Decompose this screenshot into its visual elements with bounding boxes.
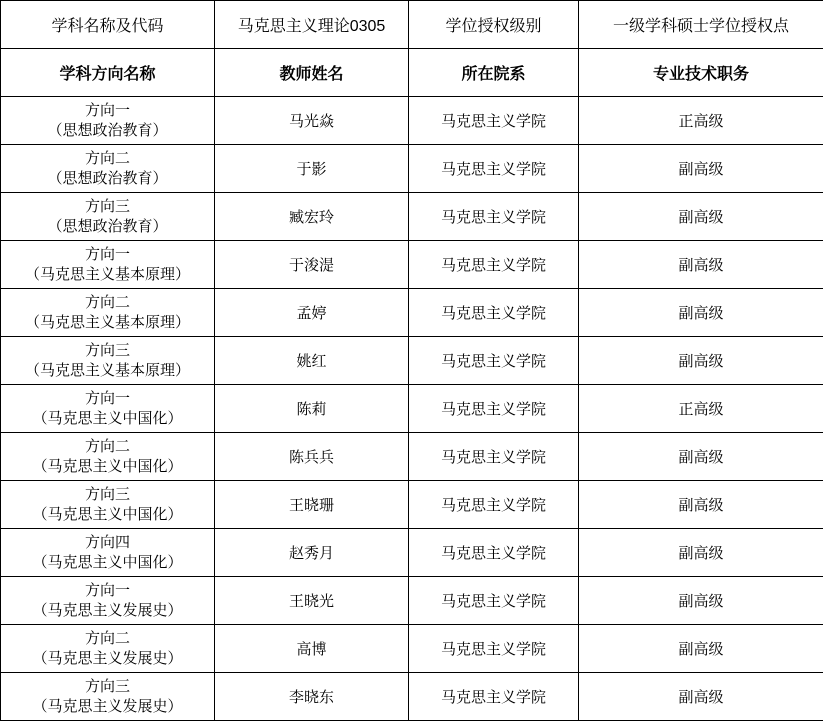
teacher-name-cell: 于浚湜 — [215, 241, 409, 289]
column-header-title: 专业技术职务 — [579, 49, 823, 97]
direction-cell: 方向三 （马克思主义发展史） — [1, 673, 215, 721]
direction-cell: 方向三 （马克思主义中国化） — [1, 481, 215, 529]
department-cell: 马克思主义学院 — [409, 193, 579, 241]
department-cell: 马克思主义学院 — [409, 337, 579, 385]
direction-name: 方向三 — [5, 677, 210, 697]
department-cell: 马克思主义学院 — [409, 385, 579, 433]
professional-title-cell: 副高级 — [579, 529, 823, 577]
teacher-name-cell: 于影 — [215, 145, 409, 193]
page: 学科名称及代码 马克思主义理论0305 学位授权级别 一级学科硕士学位授权点 学… — [0, 0, 823, 721]
professional-title-cell: 副高级 — [579, 625, 823, 673]
table-row: 方向一 （马克思主义发展史） 王晓光 马克思主义学院 副高级 — [1, 577, 823, 625]
direction-category: （马克思主义中国化） — [5, 553, 210, 573]
professional-title-cell: 副高级 — [579, 481, 823, 529]
table-row: 方向四 （马克思主义中国化） 赵秀月 马克思主义学院 副高级 — [1, 529, 823, 577]
department-cell: 马克思主义学院 — [409, 673, 579, 721]
direction-category: （马克思主义发展史） — [5, 649, 210, 669]
table-row: 方向一 （马克思主义中国化） 陈莉 马克思主义学院 正高级 — [1, 385, 823, 433]
direction-category: （马克思主义基本原理） — [5, 313, 210, 333]
direction-cell: 方向二 （马克思主义基本原理） — [1, 289, 215, 337]
direction-cell: 方向一 （马克思主义中国化） — [1, 385, 215, 433]
table-row: 方向二 （思想政治教育） 于影 马克思主义学院 副高级 — [1, 145, 823, 193]
department-cell: 马克思主义学院 — [409, 625, 579, 673]
direction-name: 方向二 — [5, 149, 210, 169]
direction-cell: 方向一 （马克思主义基本原理） — [1, 241, 215, 289]
direction-category: （马克思主义基本原理） — [5, 265, 210, 285]
professional-title-cell: 副高级 — [579, 241, 823, 289]
professional-title-cell: 副高级 — [579, 145, 823, 193]
teacher-name-cell: 陈莉 — [215, 385, 409, 433]
degree-level-value: 一级学科硕士学位授权点 — [579, 1, 823, 49]
direction-name: 方向二 — [5, 293, 210, 313]
professional-title-cell: 正高级 — [579, 97, 823, 145]
direction-name: 方向三 — [5, 341, 210, 361]
teacher-name-cell: 姚红 — [215, 337, 409, 385]
table-row: 方向一 （思想政治教育） 马光焱 马克思主义学院 正高级 — [1, 97, 823, 145]
direction-cell: 方向三 （思想政治教育） — [1, 193, 215, 241]
professional-title-cell: 正高级 — [579, 385, 823, 433]
department-cell: 马克思主义学院 — [409, 97, 579, 145]
direction-cell: 方向二 （马克思主义中国化） — [1, 433, 215, 481]
department-cell: 马克思主义学院 — [409, 145, 579, 193]
direction-category: （马克思主义中国化） — [5, 457, 210, 477]
direction-category: （马克思主义基本原理） — [5, 361, 210, 381]
table-row: 方向一 （马克思主义基本原理） 于浚湜 马克思主义学院 副高级 — [1, 241, 823, 289]
professional-title-cell: 副高级 — [579, 433, 823, 481]
teacher-name-cell: 臧宏玲 — [215, 193, 409, 241]
teacher-name-cell: 王晓珊 — [215, 481, 409, 529]
direction-category: （思想政治教育） — [5, 217, 210, 237]
direction-category: （马克思主义中国化） — [5, 505, 210, 525]
professional-title-cell: 副高级 — [579, 673, 823, 721]
teacher-name-cell: 高博 — [215, 625, 409, 673]
department-cell: 马克思主义学院 — [409, 481, 579, 529]
direction-cell: 方向二 （思想政治教育） — [1, 145, 215, 193]
direction-name: 方向一 — [5, 101, 210, 121]
column-header-teacher: 教师姓名 — [215, 49, 409, 97]
direction-name: 方向二 — [5, 437, 210, 457]
direction-cell: 方向三 （马克思主义基本原理） — [1, 337, 215, 385]
department-cell: 马克思主义学院 — [409, 577, 579, 625]
table-row: 方向二 （马克思主义基本原理） 孟婷 马克思主义学院 副高级 — [1, 289, 823, 337]
table-row: 方向三 （马克思主义发展史） 李晓东 马克思主义学院 副高级 — [1, 673, 823, 721]
subject-name-code-label: 学科名称及代码 — [1, 1, 215, 49]
direction-name: 方向一 — [5, 389, 210, 409]
direction-name: 方向二 — [5, 629, 210, 649]
teacher-name-cell: 孟婷 — [215, 289, 409, 337]
professional-title-cell: 副高级 — [579, 337, 823, 385]
direction-cell: 方向二 （马克思主义发展史） — [1, 625, 215, 673]
direction-name: 方向四 — [5, 533, 210, 553]
direction-category: （思想政治教育） — [5, 169, 210, 189]
department-cell: 马克思主义学院 — [409, 433, 579, 481]
degree-level-label: 学位授权级别 — [409, 1, 579, 49]
teacher-name-cell: 王晓光 — [215, 577, 409, 625]
direction-category: （马克思主义中国化） — [5, 409, 210, 429]
teacher-name-cell: 陈兵兵 — [215, 433, 409, 481]
table-row: 方向三 （马克思主义基本原理） 姚红 马克思主义学院 副高级 — [1, 337, 823, 385]
table-row: 方向三 （马克思主义中国化） 王晓珊 马克思主义学院 副高级 — [1, 481, 823, 529]
direction-cell: 方向一 （马克思主义发展史） — [1, 577, 215, 625]
table-row: 方向二 （马克思主义中国化） 陈兵兵 马克思主义学院 副高级 — [1, 433, 823, 481]
header-row: 学科方向名称 教师姓名 所在院系 专业技术职务 — [1, 49, 823, 97]
column-header-department: 所在院系 — [409, 49, 579, 97]
direction-name: 方向三 — [5, 485, 210, 505]
direction-cell: 方向四 （马克思主义中国化） — [1, 529, 215, 577]
professional-title-cell: 副高级 — [579, 577, 823, 625]
professional-title-cell: 副高级 — [579, 193, 823, 241]
teacher-name-cell: 赵秀月 — [215, 529, 409, 577]
info-row: 学科名称及代码 马克思主义理论0305 学位授权级别 一级学科硕士学位授权点 — [1, 1, 823, 49]
teacher-name-cell: 马光焱 — [215, 97, 409, 145]
direction-category: （思想政治教育） — [5, 121, 210, 141]
direction-name: 方向三 — [5, 197, 210, 217]
direction-category: （马克思主义发展史） — [5, 601, 210, 621]
table-row: 方向三 （思想政治教育） 臧宏玲 马克思主义学院 副高级 — [1, 193, 823, 241]
table-row: 方向二 （马克思主义发展史） 高博 马克思主义学院 副高级 — [1, 625, 823, 673]
department-cell: 马克思主义学院 — [409, 241, 579, 289]
direction-cell: 方向一 （思想政治教育） — [1, 97, 215, 145]
department-cell: 马克思主义学院 — [409, 529, 579, 577]
direction-name: 方向一 — [5, 245, 210, 265]
direction-name: 方向一 — [5, 581, 210, 601]
department-cell: 马克思主义学院 — [409, 289, 579, 337]
direction-category: （马克思主义发展史） — [5, 697, 210, 717]
discipline-table: 学科名称及代码 马克思主义理论0305 学位授权级别 一级学科硕士学位授权点 学… — [0, 0, 823, 721]
column-header-direction: 学科方向名称 — [1, 49, 215, 97]
teacher-name-cell: 李晓东 — [215, 673, 409, 721]
professional-title-cell: 副高级 — [579, 289, 823, 337]
subject-name-code-value: 马克思主义理论0305 — [215, 1, 409, 49]
